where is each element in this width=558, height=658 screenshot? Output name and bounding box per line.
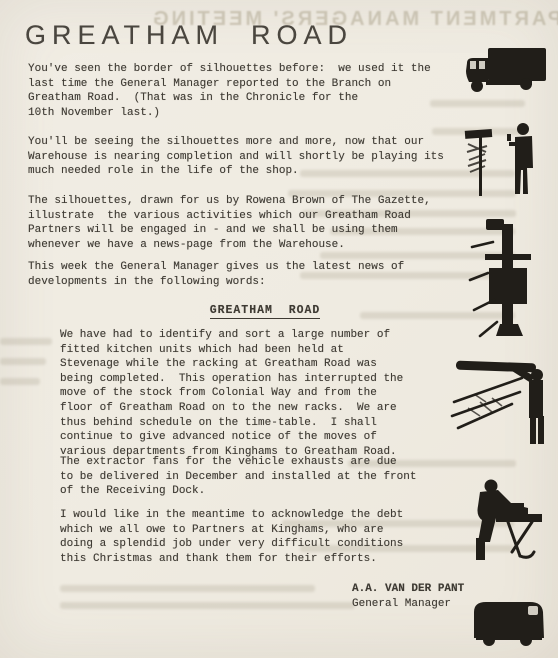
bleedthrough-line (0, 338, 52, 345)
intro-paragraph-4: This week the General Manager gives us t… (28, 260, 488, 289)
bleedthrough-line (0, 358, 46, 365)
letter-paragraph-2: The extractor fans for the vehicle exhau… (60, 455, 480, 499)
letter-paragraph-3: I would like in the meantime to acknowle… (60, 508, 480, 566)
letter-heading: GREATHAM ROAD (210, 304, 321, 319)
hoist-machine-icon (466, 216, 552, 340)
partner-at-packing-bench-icon (460, 476, 554, 562)
lorry-icon (462, 46, 550, 96)
letter-paragraph-1: We have had to identify and sort a large… (60, 328, 480, 459)
bleedthrough-line (0, 378, 40, 385)
intro-paragraph-3: The silhouettes, drawn for us by Rowena … (28, 194, 488, 252)
signature-title: General Manager (352, 597, 464, 612)
bleedthrough-line (60, 602, 355, 609)
page-title: GREATHAM ROAD (25, 20, 353, 51)
intro-paragraph-1: You've seen the border of silhouettes be… (28, 62, 478, 120)
partner-at-lectern-icon (452, 120, 552, 200)
bleedthrough-line (60, 585, 315, 592)
partner-at-racking-icon (450, 356, 554, 446)
intro-paragraph-2: You'll be seeing the silhouettes more an… (28, 135, 488, 179)
signature-name: A.A. VAN DER PANT (352, 582, 464, 597)
document-page: DEPARTMENT MANAGERS' MEETING GREATHAM RO… (0, 0, 558, 658)
van-icon (466, 596, 550, 652)
